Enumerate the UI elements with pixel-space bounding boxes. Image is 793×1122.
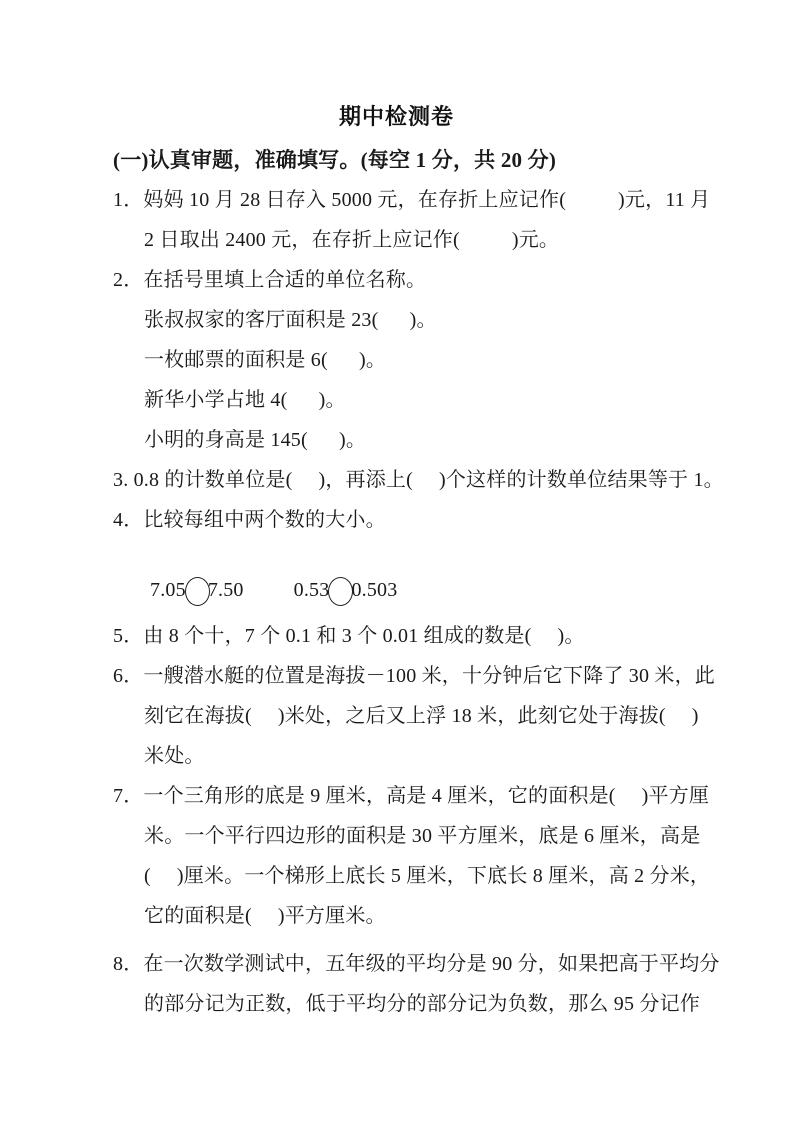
question-line: 5．由 8 个十，7 个 0.1 和 3 个 0.01 组成的数是( )。 bbox=[113, 616, 713, 656]
comparison-pair: 0.530.503 bbox=[294, 574, 398, 603]
question-line: 6．一艘潜水艇的位置是海拔－100 米，十分钟后它下降了 30 米，此 bbox=[113, 656, 713, 696]
comparison-circle-blank bbox=[328, 577, 353, 606]
question-line: 它的面积是( )平方厘米。 bbox=[113, 896, 713, 936]
comparison-right-value: 7.50 bbox=[208, 577, 244, 603]
comparison-row: 7.057.500.530.503 bbox=[113, 540, 713, 616]
question-list: (一)认真审题，准确填写。(每空 1 分，共 20 分) 1．妈妈 10 月 2… bbox=[113, 140, 713, 1024]
question-line: 7．一个三角形的底是 9 厘米，高是 4 厘米，它的面积是( )平方厘 bbox=[113, 776, 713, 816]
comparison-right-value: 0.503 bbox=[351, 577, 397, 603]
question-line: 4．比较每组中两个数的大小。 bbox=[113, 500, 713, 540]
question-line: 刻它在海拔( )米处，之后又上浮 18 米，此刻它处于海拔( ) bbox=[113, 696, 713, 736]
question-line: 8．在一次数学测试中，五年级的平均分是 90 分，如果把高于平均分 bbox=[113, 944, 713, 984]
question-line: 小明的身高是 145( )。 bbox=[113, 420, 713, 460]
question-line: 3. 0.8 的计数单位是( )，再添上( )个这样的计数单位结果等于 1。 bbox=[113, 460, 713, 500]
comparison-left-value: 7.05 bbox=[150, 577, 186, 603]
question-line: 2 日取出 2400 元，在存折上应记作( )元。 bbox=[113, 220, 713, 260]
exam-paper-page: 期中检测卷 (一)认真审题，准确填写。(每空 1 分，共 20 分) 1．妈妈 … bbox=[0, 0, 793, 1122]
question-line: 米处。 bbox=[113, 736, 713, 776]
section-header: (一)认真审题，准确填写。(每空 1 分，共 20 分) bbox=[113, 140, 713, 180]
question-line: 2．在括号里填上合适的单位名称。 bbox=[113, 260, 713, 300]
document-title: 期中检测卷 bbox=[0, 100, 793, 131]
question-line: 米。一个平行四边形的面积是 30 平方厘米，底是 6 厘米，高是 bbox=[113, 816, 713, 856]
question-line: ( )厘米。一个梯形上底长 5 厘米，下底长 8 厘米，高 2 分米， bbox=[113, 856, 713, 896]
question-line: 1．妈妈 10 月 28 日存入 5000 元，在存折上应记作( )元，11 月 bbox=[113, 180, 713, 220]
comparison-pair: 7.057.50 bbox=[150, 574, 244, 603]
question-line: 张叔叔家的客厅面积是 23( )。 bbox=[113, 300, 713, 340]
comparison-left-value: 0.53 bbox=[294, 577, 330, 603]
question-line: 新华小学占地 4( )。 bbox=[113, 380, 713, 420]
question-line: 一枚邮票的面积是 6( )。 bbox=[113, 340, 713, 380]
comparison-circle-blank bbox=[185, 577, 210, 606]
question-line: 的部分记为正数，低于平均分的部分记为负数，那么 95 分记作 bbox=[113, 984, 713, 1024]
